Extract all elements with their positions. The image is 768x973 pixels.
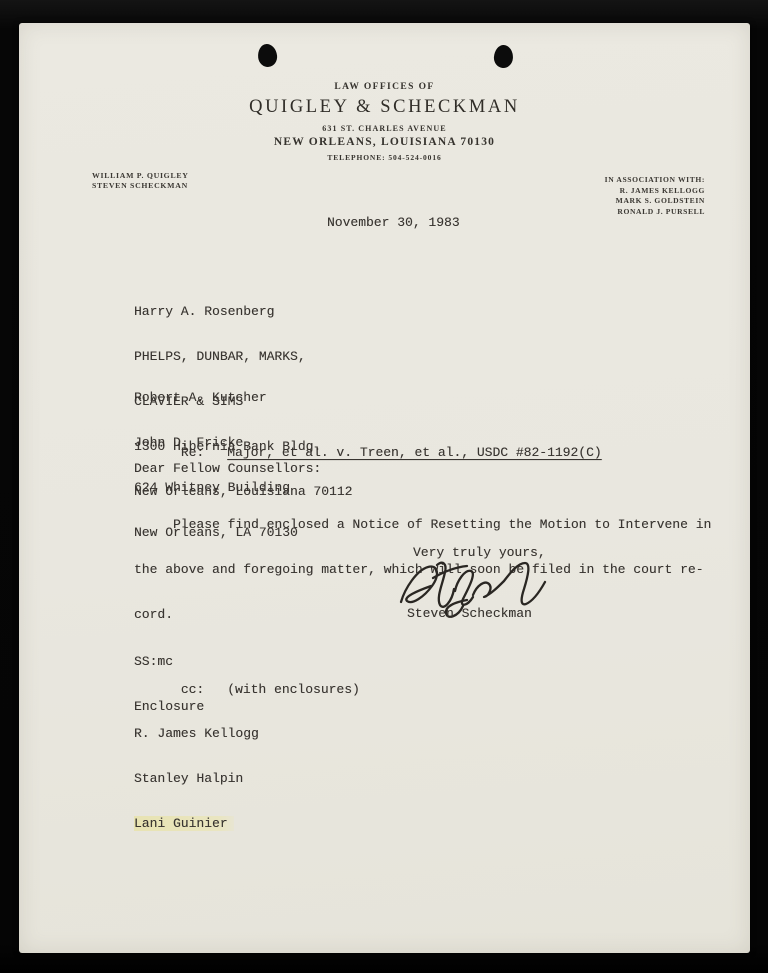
letterhead-office-line: LAW OFFICES OF	[19, 82, 750, 92]
cc-name: Stanley Halpin	[134, 771, 259, 786]
letterhead-phone: TELEPHONE: 504-524-0016	[19, 153, 750, 162]
punch-hole-right	[493, 44, 514, 68]
cc-names-list: R. James Kellogg Stanley Halpin Lani Gui…	[134, 696, 259, 861]
letterhead-city: NEW ORLEANS, LOUISIANA 70130	[19, 136, 750, 148]
punch-hole-left	[257, 43, 278, 68]
body-line: Please find enclosed a Notice of Resetti…	[134, 517, 711, 532]
associate-name: MARK S. GOLDSTEIN	[605, 196, 705, 207]
re-label: Re:	[181, 445, 204, 460]
associate-name: R. JAMES KELLOGG	[605, 186, 705, 197]
address-line: Robert A. Kutcher	[134, 390, 298, 405]
letterhead-street: 631 ST. CHARLES AVENUE	[19, 124, 750, 133]
highlight-mark: Lani Guinier	[134, 816, 234, 831]
partner-names: WILLIAM P. QUIGLEY STEVEN SCHECKMAN	[92, 171, 189, 191]
letter-page: LAW OFFICES OF QUIGLEY & SCHECKMAN 631 S…	[19, 23, 750, 953]
partner-name: STEVEN SCHECKMAN	[92, 181, 189, 191]
cc-name-highlighted: Lani Guinier	[134, 816, 259, 831]
firm-name: QUIGLEY & SCHECKMAN	[19, 97, 750, 118]
associates-block: IN ASSOCIATION WITH: R. JAMES KELLOGG MA…	[605, 175, 705, 217]
cc-label: cc:	[181, 682, 204, 697]
partner-name: WILLIAM P. QUIGLEY	[92, 171, 189, 181]
address-line: Harry A. Rosenberg	[134, 304, 352, 319]
cc-name: R. James Kellogg	[134, 726, 259, 741]
letterhead: LAW OFFICES OF QUIGLEY & SCHECKMAN 631 S…	[19, 82, 750, 162]
cc-note: (with enclosures)	[227, 682, 360, 697]
salutation: Dear Fellow Counsellors:	[134, 461, 321, 476]
scan-background: LAW OFFICES OF QUIGLEY & SCHECKMAN 631 S…	[0, 0, 768, 973]
re-subject: Major, et al. v. Treen, et al., USDC #82…	[227, 445, 601, 460]
letter-date: November 30, 1983	[327, 215, 460, 230]
signer-name: Steven Scheckman	[407, 606, 532, 621]
associate-name: RONALD J. PURSELL	[605, 207, 705, 218]
association-heading: IN ASSOCIATION WITH:	[605, 175, 705, 186]
